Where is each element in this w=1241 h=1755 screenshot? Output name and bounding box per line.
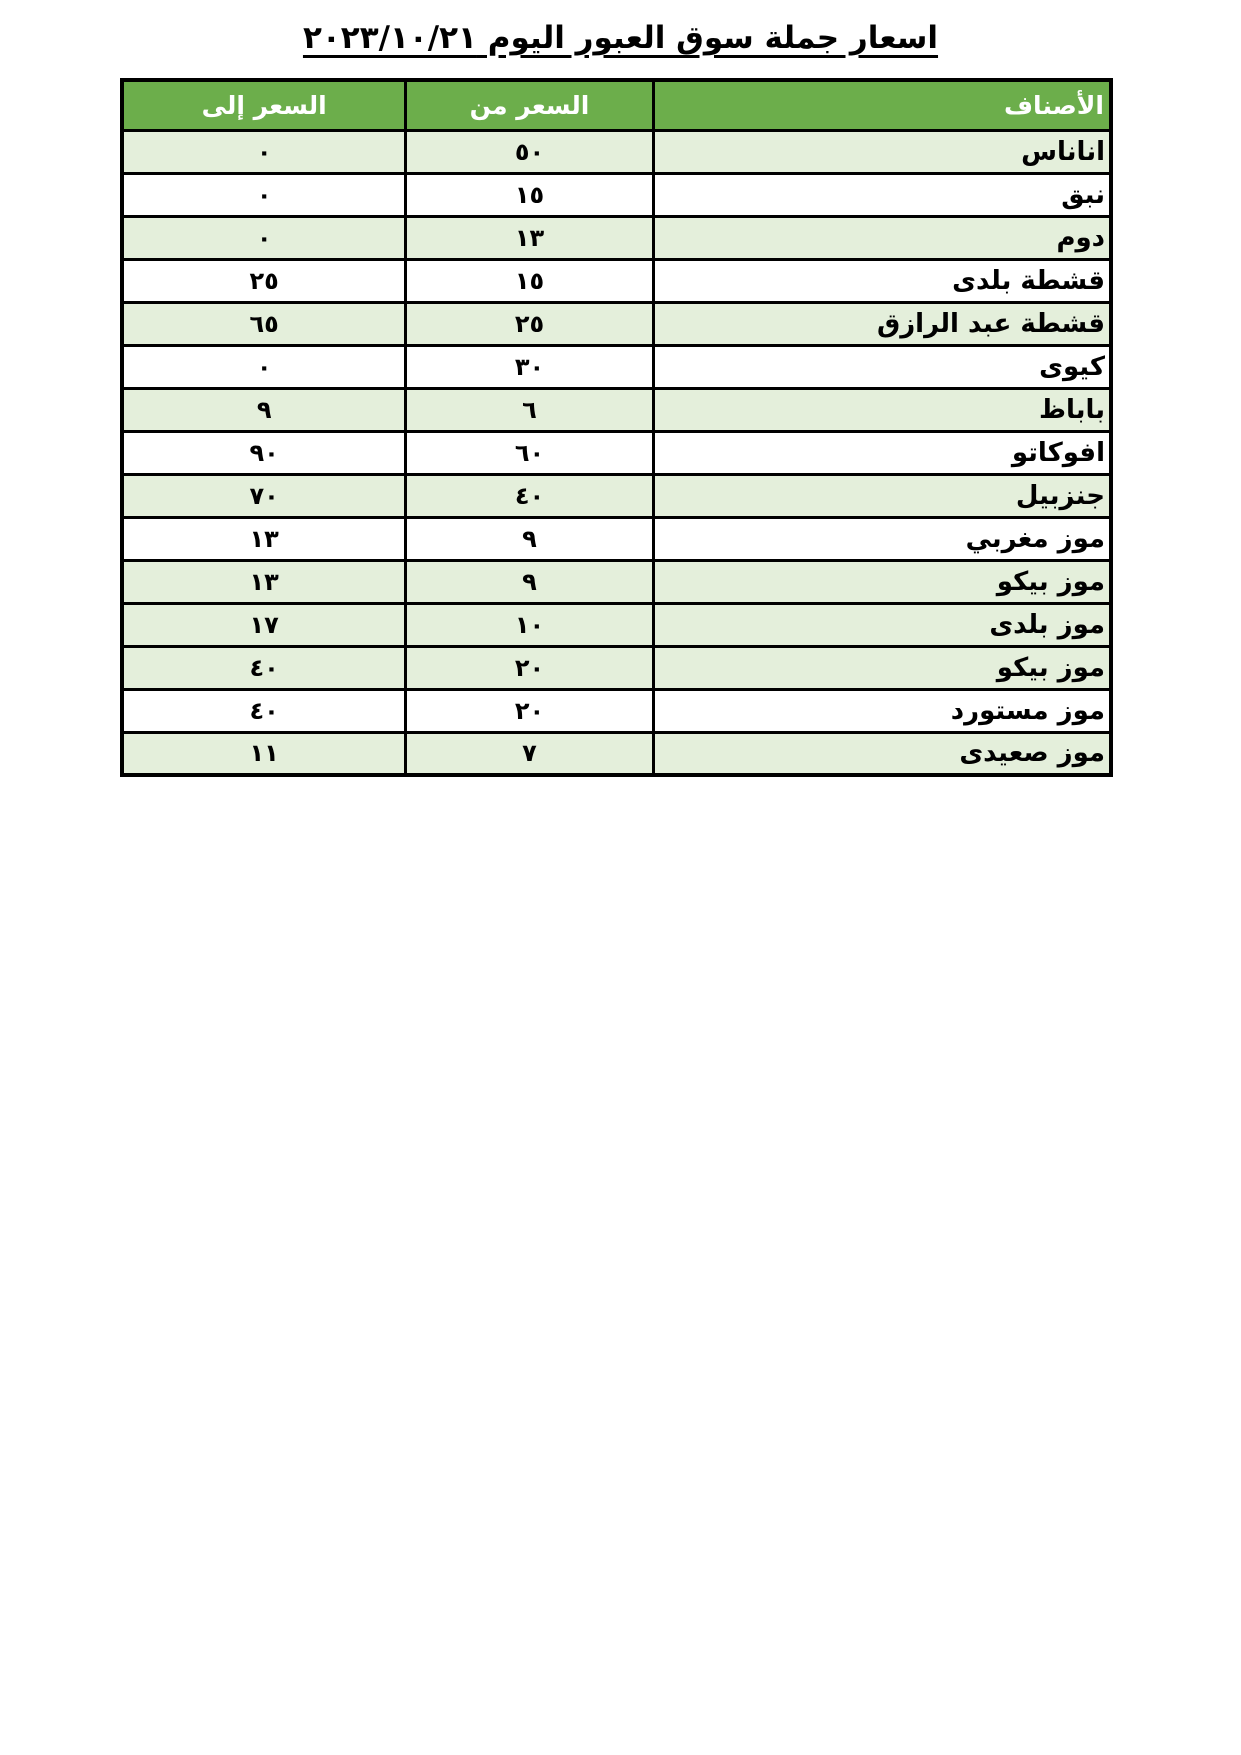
table-row: نبق١٥٠ xyxy=(122,173,1111,216)
table-row: موز مستورد٢٠٤٠ xyxy=(122,689,1111,732)
price-to-cell: ٤٠ xyxy=(122,646,406,689)
item-name-cell: موز صعيدى xyxy=(653,732,1111,775)
table-row: موز صعيدى٧١١ xyxy=(122,732,1111,775)
page-title: اسعار جملة سوق العبور اليوم ٢٠٢٣/١٠/٢١ xyxy=(0,20,1241,56)
page: { "page": { "title": "اسعار جملة سوق الع… xyxy=(0,0,1241,1755)
price-to-cell: ٦٥ xyxy=(122,302,406,345)
price-from-cell: ٣٠ xyxy=(406,345,653,388)
price-to-cell: ٠ xyxy=(122,216,406,259)
price-from-cell: ٤٠ xyxy=(406,474,653,517)
header-items: الأصناف xyxy=(653,80,1111,130)
header-price-from: السعر من xyxy=(406,80,653,130)
price-to-cell: ٠ xyxy=(122,345,406,388)
price-from-cell: ٩ xyxy=(406,517,653,560)
table-row: باباظ٦٩ xyxy=(122,388,1111,431)
price-to-cell: ٠ xyxy=(122,130,406,173)
price-to-cell: ٤٠ xyxy=(122,689,406,732)
price-to-cell: ٩٠ xyxy=(122,431,406,474)
price-from-cell: ١٣ xyxy=(406,216,653,259)
item-name-cell: اناناس xyxy=(653,130,1111,173)
item-name-cell: موز مغربي xyxy=(653,517,1111,560)
price-from-cell: ٩ xyxy=(406,560,653,603)
header-row: الأصناف السعر من السعر إلى xyxy=(122,80,1111,130)
table-row: قشطة عبد الرازق٢٥٦٥ xyxy=(122,302,1111,345)
table-row: دوم١٣٠ xyxy=(122,216,1111,259)
price-to-cell: ١١ xyxy=(122,732,406,775)
price-from-cell: ٢٠ xyxy=(406,689,653,732)
price-to-cell: ٢٥ xyxy=(122,259,406,302)
price-to-cell: ٠ xyxy=(122,173,406,216)
price-to-cell: ١٧ xyxy=(122,603,406,646)
item-name-cell: موز مستورد xyxy=(653,689,1111,732)
table-row: اناناس٥٠٠ xyxy=(122,130,1111,173)
item-name-cell: نبق xyxy=(653,173,1111,216)
item-name-cell: باباظ xyxy=(653,388,1111,431)
price-to-cell: ٩ xyxy=(122,388,406,431)
table-row: جنزبيل٤٠٧٠ xyxy=(122,474,1111,517)
item-name-cell: موز بيكو xyxy=(653,560,1111,603)
price-to-cell: ١٣ xyxy=(122,560,406,603)
price-from-cell: ٢٠ xyxy=(406,646,653,689)
table-row: موز بلدى١٠١٧ xyxy=(122,603,1111,646)
price-table-body: اناناس٥٠٠نبق١٥٠دوم١٣٠قشطة بلدى١٥٢٥قشطة ع… xyxy=(122,130,1111,775)
price-to-cell: ١٣ xyxy=(122,517,406,560)
item-name-cell: قشطة عبد الرازق xyxy=(653,302,1111,345)
price-from-cell: ١٥ xyxy=(406,259,653,302)
price-from-cell: ٦ xyxy=(406,388,653,431)
price-to-cell: ٧٠ xyxy=(122,474,406,517)
item-name-cell: افوكاتو xyxy=(653,431,1111,474)
price-from-cell: ١٥ xyxy=(406,173,653,216)
price-table: الأصناف السعر من السعر إلى اناناس٥٠٠نبق١… xyxy=(120,78,1113,777)
item-name-cell: جنزبيل xyxy=(653,474,1111,517)
table-row: كيوى٣٠٠ xyxy=(122,345,1111,388)
price-from-cell: ٢٥ xyxy=(406,302,653,345)
header-price-to: السعر إلى xyxy=(122,80,406,130)
table-row: موز مغربي٩١٣ xyxy=(122,517,1111,560)
price-from-cell: ٥٠ xyxy=(406,130,653,173)
item-name-cell: كيوى xyxy=(653,345,1111,388)
table-row: موز بيكو٩١٣ xyxy=(122,560,1111,603)
item-name-cell: موز بلدى xyxy=(653,603,1111,646)
table-row: قشطة بلدى١٥٢٥ xyxy=(122,259,1111,302)
table-row: افوكاتو٦٠٩٠ xyxy=(122,431,1111,474)
price-from-cell: ٧ xyxy=(406,732,653,775)
item-name-cell: موز بيكو xyxy=(653,646,1111,689)
price-from-cell: ١٠ xyxy=(406,603,653,646)
item-name-cell: دوم xyxy=(653,216,1111,259)
table-row: موز بيكو٢٠٤٠ xyxy=(122,646,1111,689)
item-name-cell: قشطة بلدى xyxy=(653,259,1111,302)
price-from-cell: ٦٠ xyxy=(406,431,653,474)
